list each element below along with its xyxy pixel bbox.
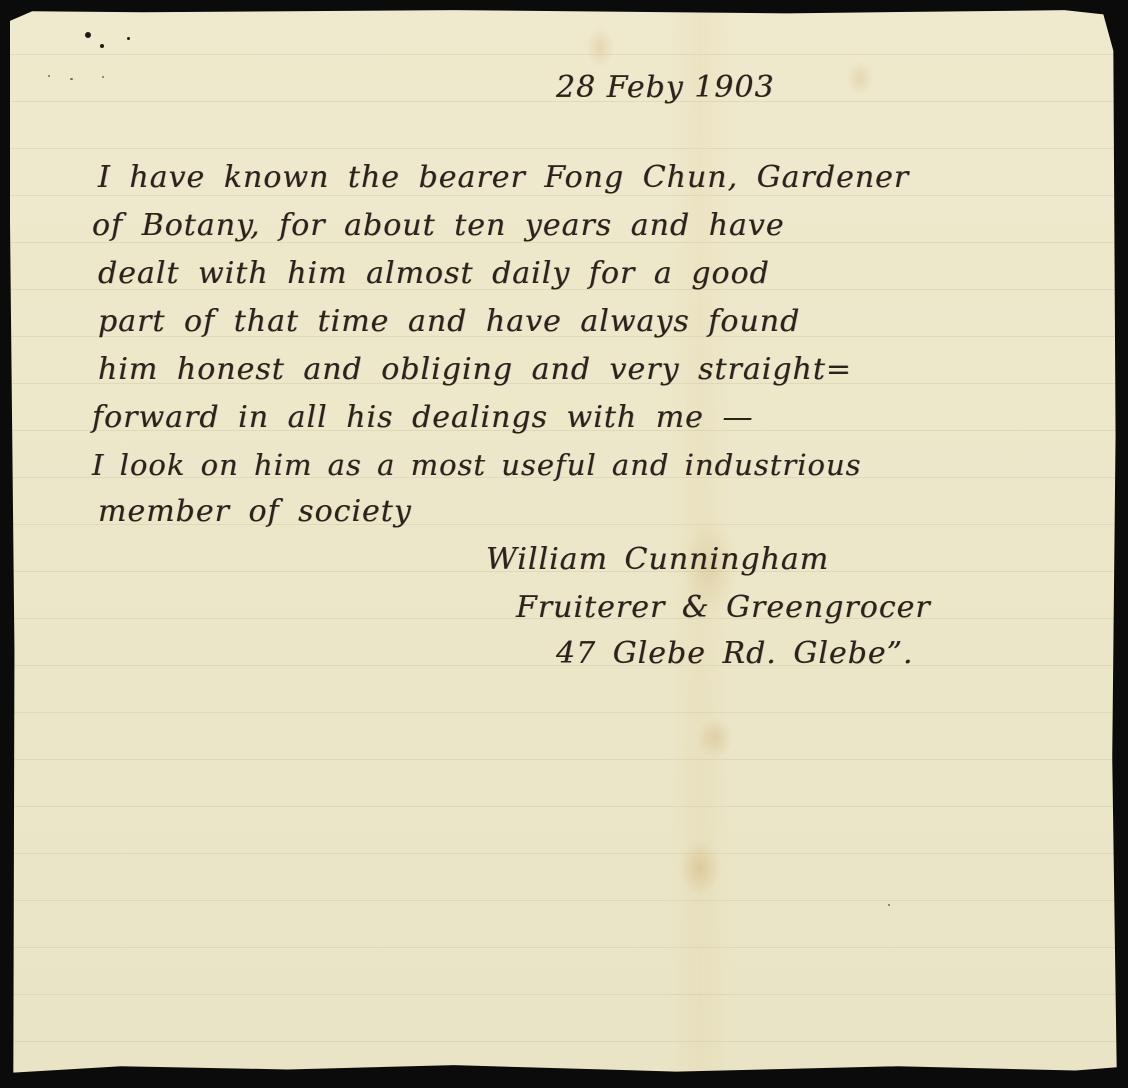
body-line-2: of Botany, for about ten years and have xyxy=(92,208,785,243)
ink-speck xyxy=(48,75,50,77)
ink-speck xyxy=(102,76,104,78)
body-line-6: forward in all his dealings with me — xyxy=(92,400,753,435)
body-line-4: part of that time and have always found xyxy=(98,304,800,339)
ink-speck xyxy=(85,32,91,38)
signature-name: William Cunningham xyxy=(486,542,829,577)
ink-speck xyxy=(70,78,73,80)
ink-speck xyxy=(100,44,104,48)
body-line-3: dealt with him almost daily for a good xyxy=(98,256,770,291)
body-line-1: I have known the bearer Fong Chun, Garde… xyxy=(98,160,909,195)
body-line-7: I look on him as a most useful and indus… xyxy=(92,448,862,482)
signature-occupation: Fruiterer & Greengrocer xyxy=(516,590,931,625)
ink-speck xyxy=(888,904,890,906)
ink-speck xyxy=(127,37,130,40)
signature-address: 47 Glebe Rd. Glebe”. xyxy=(556,636,914,671)
letter-date: 28 Feby 1903 xyxy=(556,70,775,105)
body-line-5: him honest and obliging and very straigh… xyxy=(98,352,852,387)
body-line-8: member of society xyxy=(98,494,412,529)
